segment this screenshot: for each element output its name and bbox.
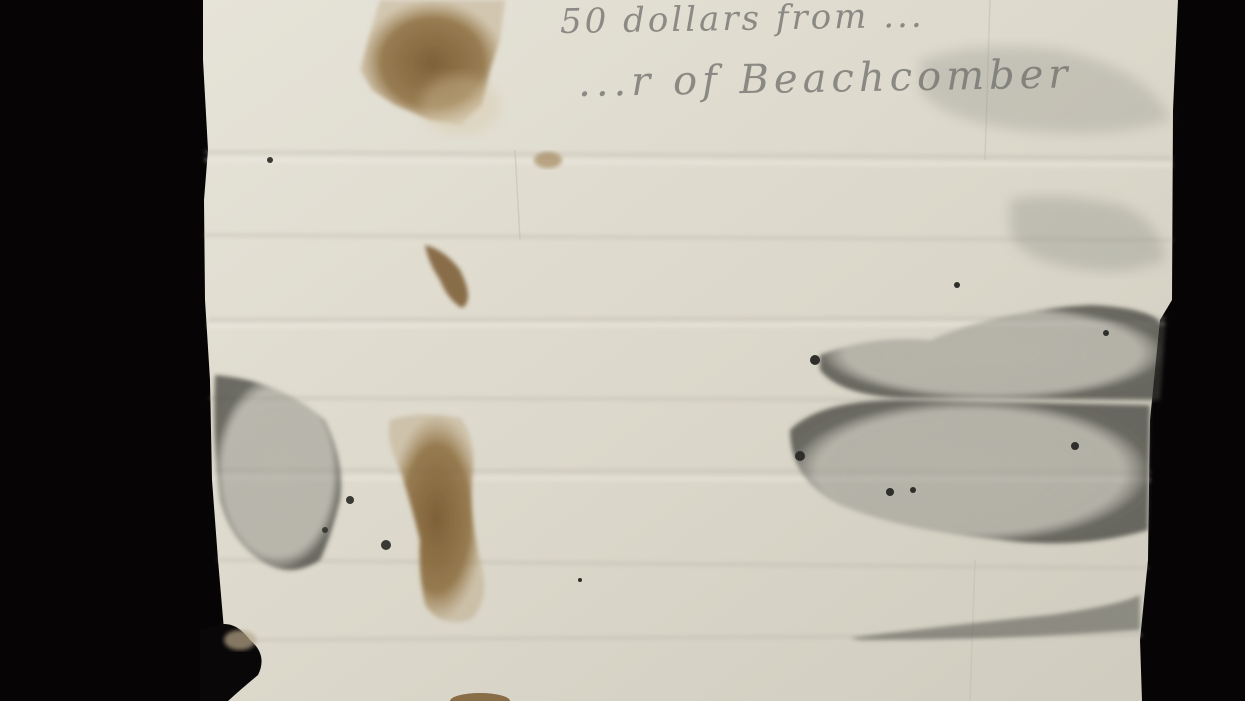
handwritten-line-2: ...r of Beachcomber [578,51,1073,106]
handwritten-line-1: 50 dollars from ... [560,0,925,42]
letter-paper: 50 dollars from ... ...r of Beachcomber [0,0,1245,701]
